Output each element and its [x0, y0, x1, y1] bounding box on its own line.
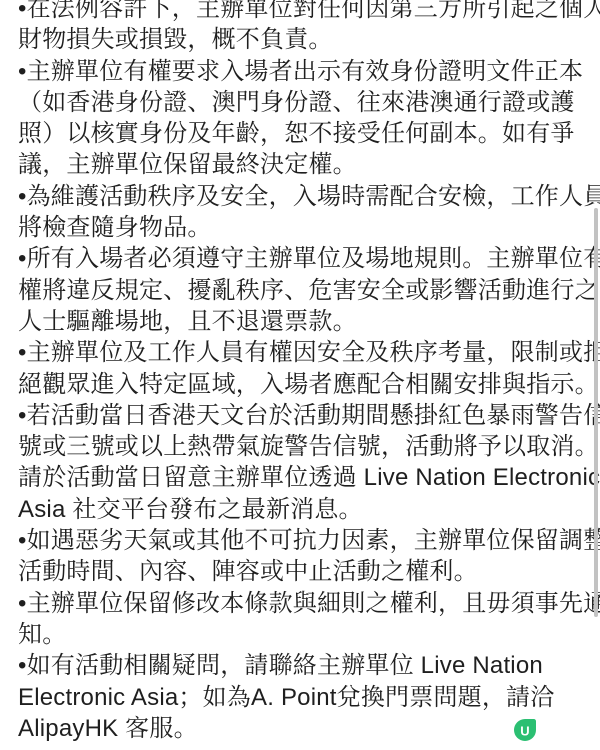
terms-page: •在法例容許下，主辦單位對任何因第三方所引起之個人財物損失或損毀，概不負責。•主…: [0, 0, 600, 750]
terms-line: 絕觀眾進入特定區域，入場者應配合相關安排與指示。: [18, 369, 600, 400]
terms-line: 財物損失或損毀，概不負責。: [18, 24, 600, 55]
terms-line: •在法例容許下，主辦單位對任何因第三方所引起之個人: [18, 0, 600, 24]
terms-line: •所有入場者必須遵守主辦單位及場地規則。主辦單位有: [18, 243, 600, 274]
terms-line: •主辦單位及工作人員有權因安全及秩序考量，限制或拒: [18, 337, 600, 368]
terms-line: 知。: [18, 619, 600, 650]
terms-line: 照）以核實身份及年齡，恕不接受任何副本。如有爭: [18, 118, 600, 149]
terms-line: 號或三號或以上熱帶氣旋警告信號，活動將予以取消。: [18, 431, 600, 462]
terms-line: •主辦單位保留修改本條款與細則之權利，且毋須事先通: [18, 588, 600, 619]
terms-line: Electronic Asia；如為A. Point兌換門票問題，請洽: [18, 682, 600, 713]
terms-line: 請於活動當日留意主辦單位透過 Live Nation Electronic: [18, 462, 600, 493]
terms-line: 人士驅離場地，且不退還票款。: [18, 306, 600, 337]
terms-line: •為維護活動秩序及安全，入場時需配合安檢，工作人員: [18, 181, 600, 212]
terms-line: Asia 社交平台發布之最新消息。: [18, 494, 600, 525]
u-lifestyle-logo-icon: U: [514, 719, 536, 741]
terms-line: •如有活動相關疑問，請聯絡主辦單位 Live Nation: [18, 650, 600, 681]
terms-line: 權將違反規定、擾亂秩序、危害安全或影響活動進行之: [18, 275, 600, 306]
terms-line: 活動時間、內容、陣容或中止活動之權利。: [18, 556, 600, 587]
terms-line: 議，主辦單位保留最終決定權。: [18, 149, 600, 180]
terms-line: （如香港身份證、澳門身份證、往來港澳通行證或護: [18, 87, 600, 118]
terms-line: 將檢查隨身物品。: [18, 212, 600, 243]
u-lifestyle-logo-letter: U: [520, 724, 529, 737]
terms-line: AlipayHK 客服。: [18, 713, 600, 744]
terms-text-block: •在法例容許下，主辦單位對任何因第三方所引起之個人財物損失或損毀，概不負責。•主…: [18, 0, 600, 744]
terms-line: •如遇惡劣天氣或其他不可抗力因素，主辦單位保留調整: [18, 525, 600, 556]
scrollbar-thumb[interactable]: [594, 208, 598, 617]
terms-line: •主辦單位有權要求入場者出示有效身份證明文件正本: [18, 56, 600, 87]
terms-line: •若活動當日香港天文台於活動期間懸掛紅色暴雨警告信: [18, 400, 600, 431]
